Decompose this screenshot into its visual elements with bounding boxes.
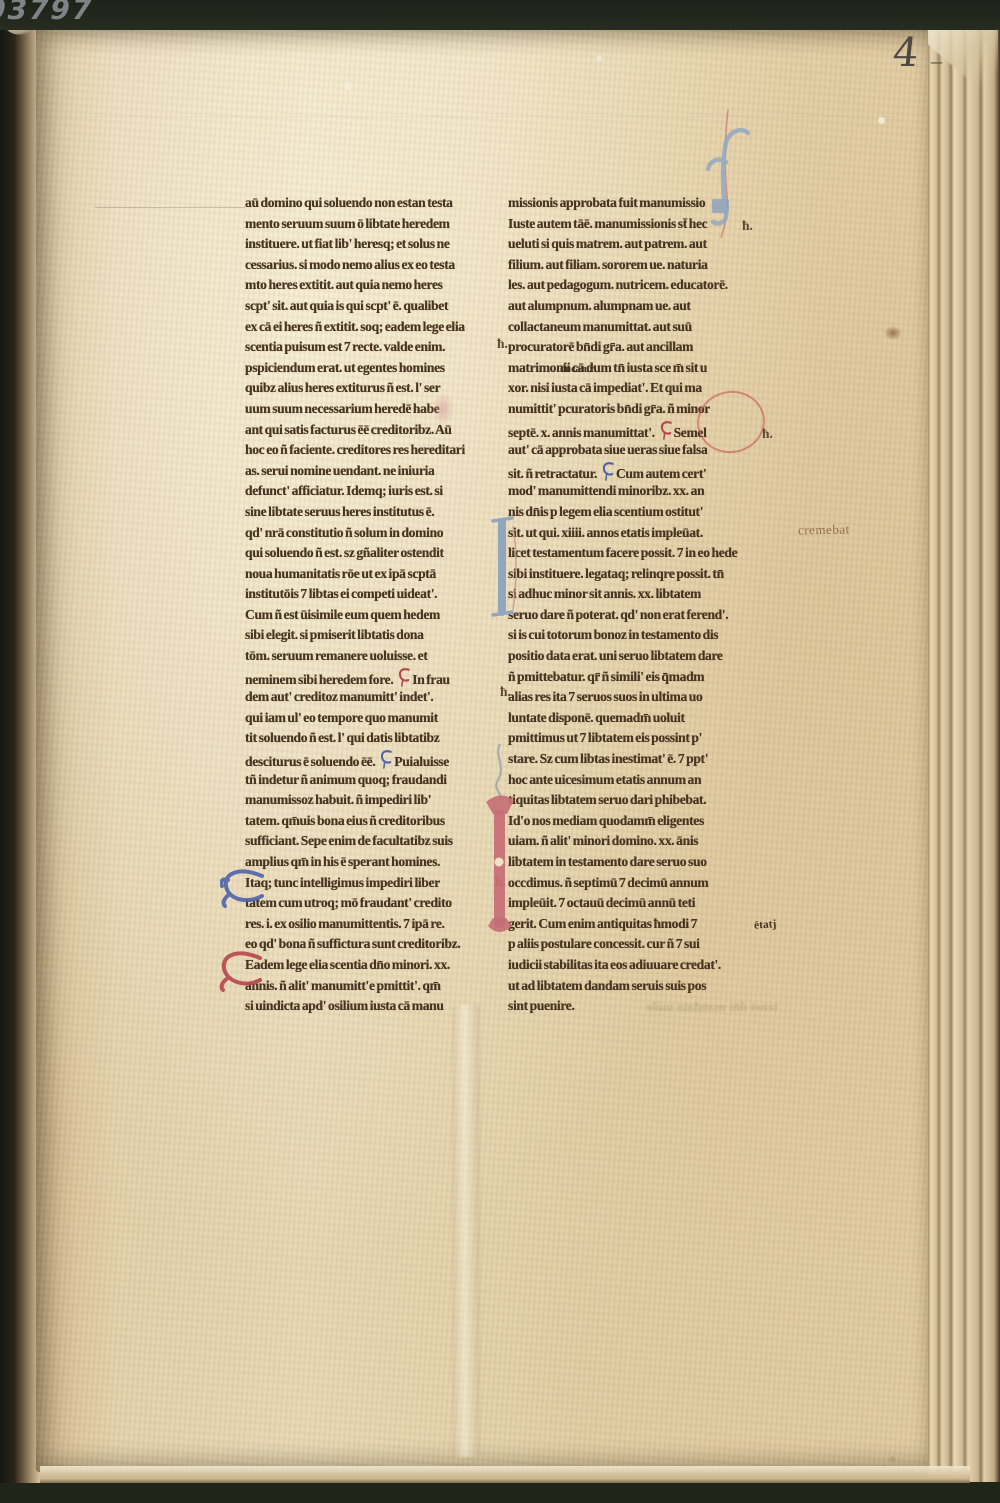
text-line: manumissoz habuit. ñ impediri lib' <box>245 790 499 811</box>
text-line: qui iam ul' eo tempore quo manumit <box>245 708 499 729</box>
text-line: sine libtate seruus heres institutus ē. <box>245 502 499 523</box>
stain-spot <box>884 326 902 340</box>
text-line: p aliis postulare concessit. cur ñ 7 sui <box>508 934 770 955</box>
text-line: pmittimus ut 7 libtatem eis possint p' <box>508 728 770 749</box>
book-gutter-spine <box>0 26 40 1486</box>
text-line: mento seruum suum ō libtate heredem <box>245 214 499 235</box>
text-line: seruo dare ñ poterat. qd' non erat feren… <box>508 605 770 626</box>
text-line: desciturus ē soluendo ēē. Puialuisse <box>245 749 499 770</box>
text-line: iudicii stabilitas ita eos adiuuare cred… <box>508 955 770 976</box>
text-line: sibi instituere. legataq; relinqre possi… <box>508 564 770 585</box>
text-line: alias res ita 7 seruos suos in ultima uo <box>508 687 770 708</box>
text-line: hoc ante uicesimum etatis annum an <box>508 770 770 791</box>
text-line: as. serui nomine uendant. ne iniuria <box>245 461 499 482</box>
pen-initial-I-red <box>476 740 520 940</box>
margin-paraph-red-large <box>218 948 264 992</box>
text-line: mto heres extitit. aut quia nemo heres <box>245 275 499 296</box>
text-line: mod' manumittendi minoribz. xx. an <box>508 481 770 502</box>
text-line: tit soluendo ñ est. l' qui datis libtati… <box>245 728 499 749</box>
image-watermark: 03797 <box>0 0 97 26</box>
text-line: tōm. seruum remanere uoluisse. et <box>245 646 499 667</box>
parchment-crease <box>60 116 900 119</box>
text-line: sit. ñ retractatur. Cum autem cert' <box>508 461 770 482</box>
text-line: tatem. qm̄uis bona eius ñ creditoribus <box>245 811 499 832</box>
text-line: impleūit. 7 octauū decimū annū teti <box>508 893 770 914</box>
text-line: aū domino qui soluendo non estan testa <box>245 193 499 214</box>
text-line: qui soluendo ñ est. sz gñaliter ostendit <box>245 543 499 564</box>
text-line: ut ad libtatem dandam seruis suis pos <box>508 976 770 997</box>
text-line: sit. ut qui. xiiii. annos etatis impleūa… <box>508 523 770 544</box>
text-line: ex cā ei heres ñ extitit. soq; eadem leg… <box>245 317 499 338</box>
pencil-ruling-line <box>95 207 245 208</box>
text-line: licet testamentum facere possit. 7 in eo… <box>508 543 770 564</box>
text-line: dem aut' creditoz manumitt' indet'. <box>245 687 499 708</box>
text-line: occdimus. ñ septimū 7 decimū annum <box>508 873 770 894</box>
bleedthrough-text: tenet dn̄i mandato uuile <box>587 999 779 1015</box>
text-line: procuratorē bn̄di gr̄a. aut ancillam <box>508 337 770 358</box>
text-line: hoc eo ñ faciente. creditores res heredi… <box>245 440 499 461</box>
text-line: cessarius. si modo nemo alius ex eo test… <box>245 255 499 276</box>
text-line: positio data erat. uni seruo libtatem da… <box>508 646 770 667</box>
text-line: stare. Sz cum libtas inestimat' ē. 7 ppt… <box>508 749 770 770</box>
text-line: annis. ñ alit' manumitt'e pmittit'. qm̄ <box>245 976 499 997</box>
worm-hole <box>888 1455 897 1464</box>
text-line: aut alumpnum. alumpnam ue. aut <box>508 296 770 317</box>
folio-number-digit: 4 <box>891 30 921 76</box>
margin-paraph-blue-large <box>220 866 266 908</box>
text-line: Cum ñ est ūisimile eum quem hedem <box>245 605 499 626</box>
background-band-bottom <box>0 1483 1000 1503</box>
text-line: uum suum necessarium heredē habe <box>245 399 499 420</box>
page-bottom-edge <box>40 1466 970 1484</box>
margin-addition: ētatj <box>754 918 777 932</box>
text-line: quibz alius heres extiturus ñ est. l' se… <box>245 378 499 399</box>
text-line: scentia puisum est 7 recte. valde enim. <box>245 337 499 358</box>
text-line: ñ pmittebatur. qr̄ ñ simili' eis q̄madm <box>508 667 770 688</box>
text-line: qd' nrā constitutio ñ solum in domino <box>245 523 499 544</box>
text-line: libtatem in testamento dare seruo suo <box>508 852 770 873</box>
text-line: res. i. ex osilio manumittentis. 7 ipā r… <box>245 914 499 935</box>
text-line: Itaq; tunc intelligimus impediri liber <box>245 873 499 894</box>
stain-dot <box>596 55 602 62</box>
text-column-1: aū domino qui soluendo non estan testame… <box>245 193 499 1017</box>
text-line: tñ indetur ñ animum quoq; fraudandi <box>245 770 499 791</box>
pen-initial-I-blue <box>488 514 518 622</box>
text-line: luntate disponē. quemadm̄ uoluit <box>508 708 770 729</box>
parchment-fold <box>452 1005 480 1457</box>
text-line: sibi elegit. si pmiserit libtatis dona <box>245 625 499 646</box>
text-line: si adhuc minor sit annis. xx. libtatem <box>508 584 770 605</box>
text-line: uiam. ñ alit' minori domino. xx. ānis <box>508 831 770 852</box>
page-stack-fore-edge <box>928 30 1000 1482</box>
text-line: matrimonii cā dum tn̄ iusta sce m̄ sit u <box>508 358 770 379</box>
stain-dot <box>878 117 885 124</box>
text-line: instituere. ut fiat lib' heresq; et solu… <box>245 234 499 255</box>
folio-number: 4 – <box>893 30 918 76</box>
red-showthrough-blob <box>432 392 454 426</box>
text-column-2: missionis approbata fuit manumissioIuste… <box>508 193 770 1017</box>
text-line: tiquitas libtatem seruo dari phibebat. <box>508 790 770 811</box>
interlinear-correction: ducatur <box>560 364 594 375</box>
text-line: si is cui totorum bonoz in testamento di… <box>508 625 770 646</box>
margin-h-mark: ħ. <box>497 336 508 352</box>
margin-h-mark: ħ. <box>500 684 511 700</box>
stain-dot <box>344 82 352 90</box>
text-line: neminem sibi heredem fore. In frau <box>245 667 499 688</box>
text-line: amplius qm̄ in his ē sperant homines. <box>245 852 499 873</box>
text-line: les. aut pedagogum. nutricem. educatorē. <box>508 275 770 296</box>
flourished-initial-I-top <box>698 100 752 242</box>
text-line: eo qd' bona ñ suffictura sunt creditorib… <box>245 934 499 955</box>
text-line: scpt' sit. aut quia is qui scpt' ē. qual… <box>245 296 499 317</box>
text-line: sufficiant. Sepe enim de facultatibz sui… <box>245 831 499 852</box>
text-line: institutōis 7 libtas ei competi uideat'. <box>245 584 499 605</box>
margin-gloss: cremebat <box>798 522 850 539</box>
text-line: nis dn̄is p legem elia scentium ostitut' <box>508 502 770 523</box>
text-line: tatem cum utroq; mō fraudant' credito <box>245 893 499 914</box>
background-band-top <box>0 0 1000 30</box>
text-line: defunct' afficiatur. Idemq; iuris est. s… <box>245 481 499 502</box>
text-line: noua humanitatis rōe ut ex ipā scptā <box>245 564 499 585</box>
folio-dash: – <box>931 48 942 74</box>
text-line: collactaneum manumittat. aut suū <box>508 317 770 338</box>
text-line: filium. aut filiam. sororem ue. naturia <box>508 255 770 276</box>
text-line: Id'o nos mediam quodamm̄ eligentes <box>508 811 770 832</box>
text-line: Eadem lege elia scentia dn̄o minori. xx. <box>245 955 499 976</box>
text-line: si uindicta apd' osilium iusta cā manu <box>245 996 499 1017</box>
text-line: ant qui satis facturus ēē creditoribz. A… <box>245 420 499 441</box>
text-line: gerit. Cum enim antiquitas ħmodi 7 <box>508 914 770 935</box>
text-line: pspiciendum erat. ut egentes homines <box>245 358 499 379</box>
